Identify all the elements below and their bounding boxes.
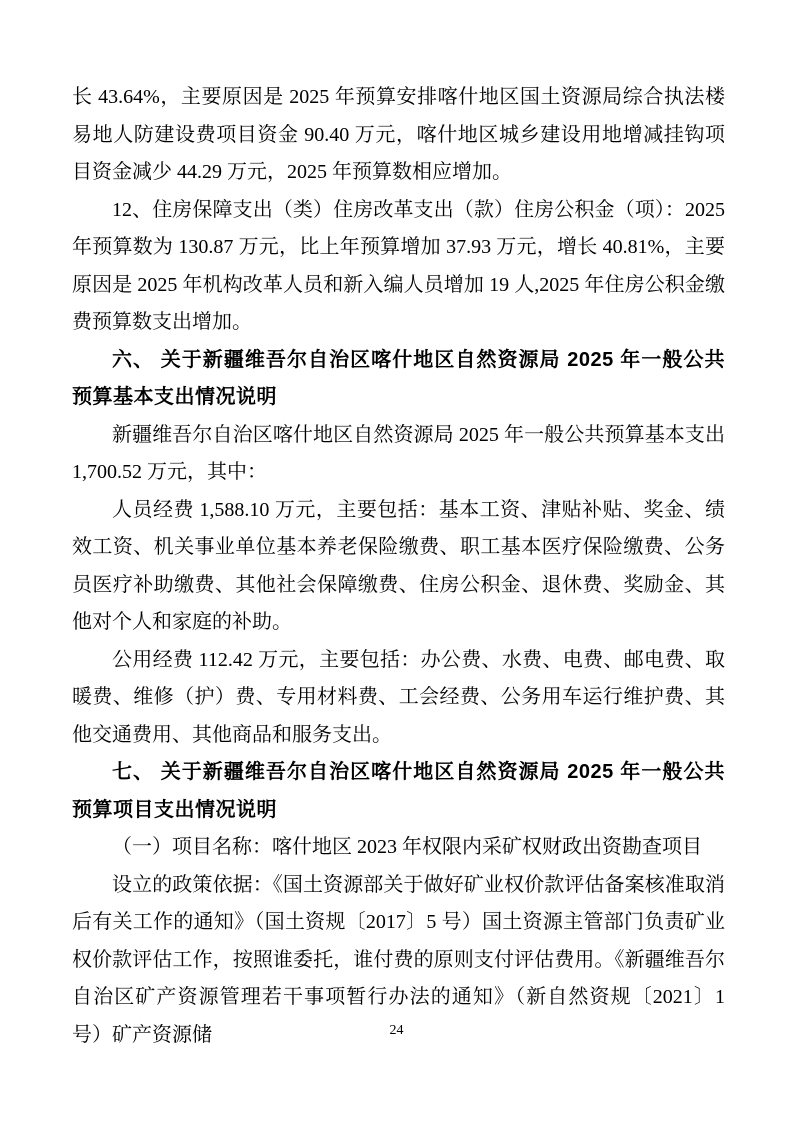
document-page: 长 43.64%，主要原因是 2025 年预算安排喀什地区国土资源局综合执法楼易… [0, 0, 793, 1122]
paragraph-basic-expenditure-total: 新疆维吾尔自治区喀什地区自然资源局 2025 年一般公共预算基本支出 1,700… [72, 417, 725, 492]
paragraph-public-funds: 公用经费 112.42 万元，主要包括：办公费、水费、电费、邮电费、取暖费、维修… [72, 642, 725, 755]
paragraph-project-name: （一）项目名称：喀什地区 2023 年权限内采矿权财政出资勘查项目 [72, 829, 725, 867]
heading-section-six: 六、 关于新疆维吾尔自治区喀什地区自然资源局 2025 年一般公共预算基本支出情… [72, 342, 725, 417]
page-number: 24 [0, 1022, 793, 1040]
heading-section-seven: 七、 关于新疆维吾尔自治区喀什地区自然资源局 2025 年一般公共预算项目支出情… [72, 754, 725, 829]
paragraph-personnel-funds: 人员经费 1,588.10 万元，主要包括：基本工资、津贴补贴、奖金、绩效工资、… [72, 492, 725, 642]
paragraph-housing-item-12: 12、住房保障支出（类）住房改革支出（款）住房公积金（项）：2025 年预算数为… [72, 192, 725, 342]
paragraph-growth-reason-continuation: 长 43.64%，主要原因是 2025 年预算安排喀什地区国土资源局综合执法楼易… [72, 79, 725, 192]
